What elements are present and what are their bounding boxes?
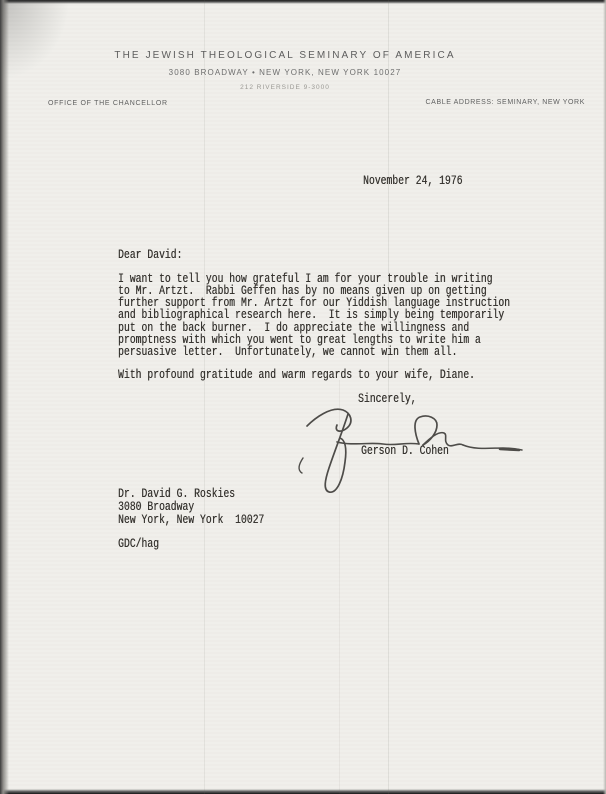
letterhead-org-name: THE JEWISH THEOLOGICAL SEMINARY OF AMERI… [0,50,570,61]
letterhead-phone: 212 RIVERSIDE 9-3000 [0,84,570,91]
scan-edge-bottom [0,789,606,794]
letter-body-paragraph: I want to tell you how grateful I am for… [118,273,510,358]
letter-body-paragraph: With profound gratitude and warm regards… [118,369,475,381]
paper-crease [204,0,205,794]
letterhead-cable-line: CABLE ADDRESS: SEMINARY, NEW YORK [426,99,585,106]
letterhead-address: 3080 BROADWAY • NEW YORK, NEW YORK 10027 [0,68,570,77]
scan-edge-left [0,0,9,794]
scan-edge-top [0,0,606,4]
signer-typed-name: Gerson D. Cohen [361,445,449,457]
scanned-letter-page: THE JEWISH THEOLOGICAL SEMINARY OF AMERI… [0,0,606,794]
recipient-address-block: Dr. David G. Roskies 3080 Broadway New Y… [118,487,264,526]
letter-date: November 24, 1976 [363,175,462,187]
letter-salutation: Dear David: [118,249,182,261]
reference-initials: GDC/hag [118,538,159,550]
letterhead-office-line: OFFICE OF THE CHANCELLOR [48,100,168,107]
